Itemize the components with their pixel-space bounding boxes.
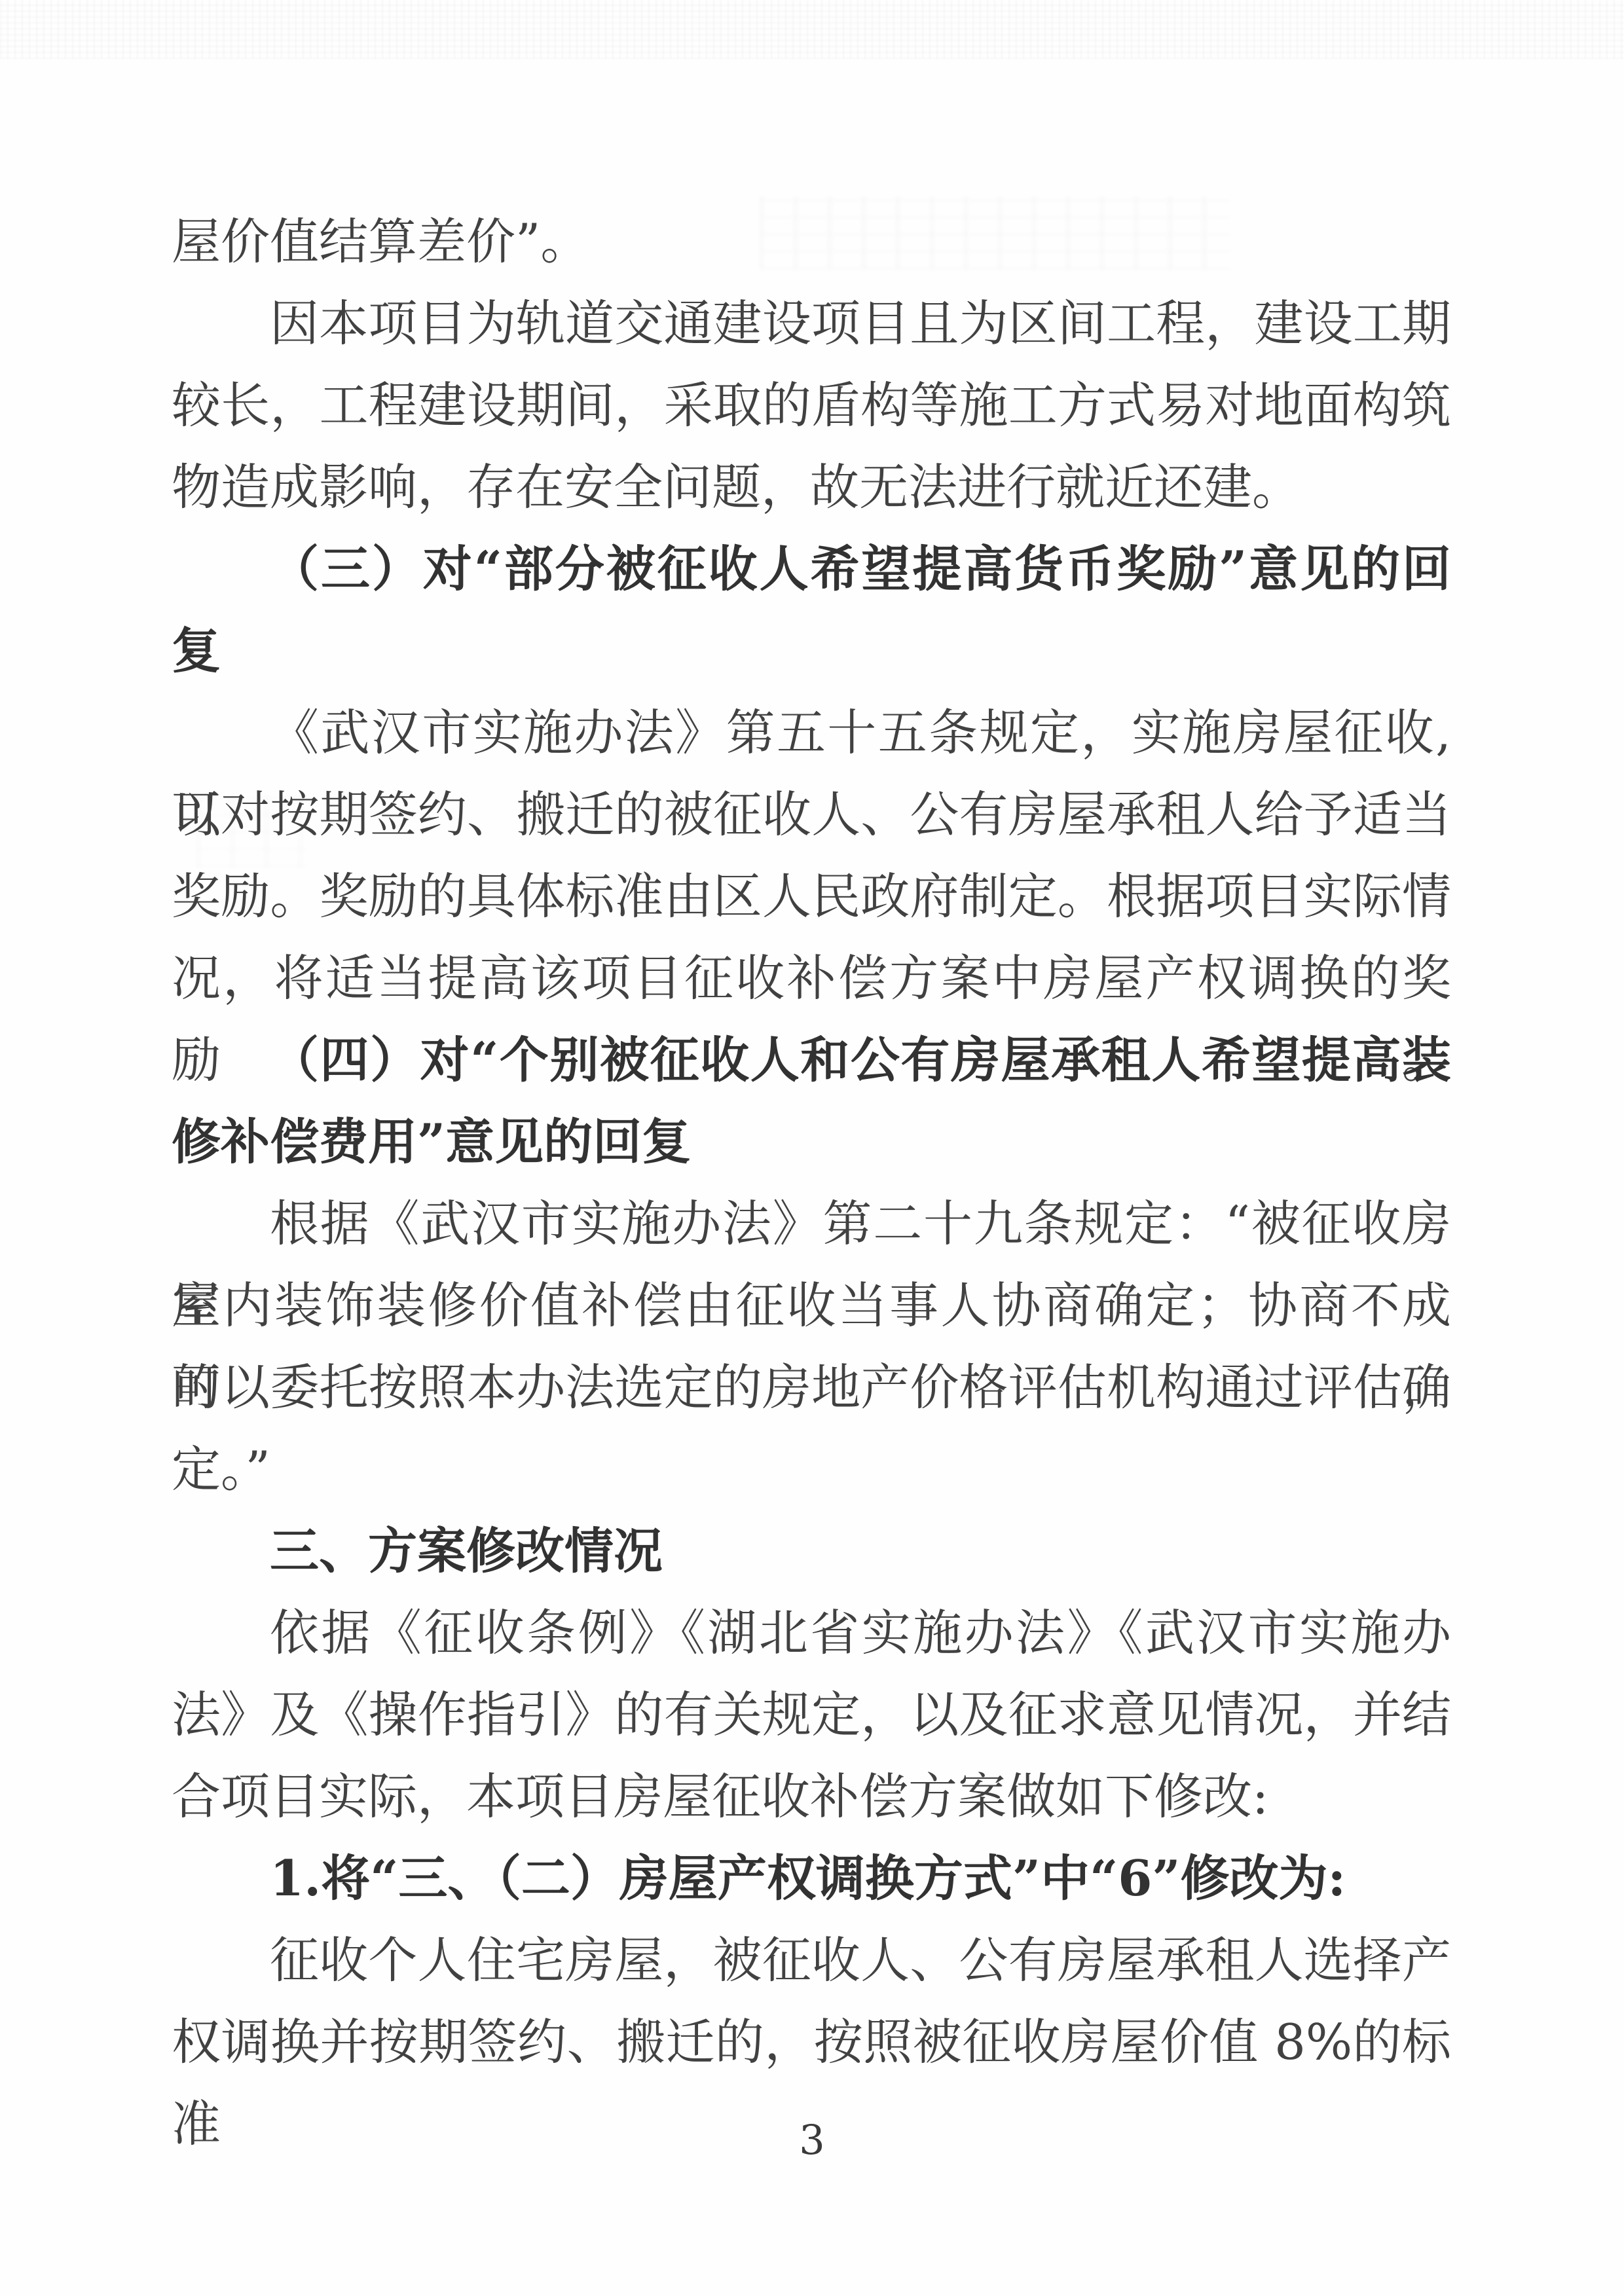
text-line: 依据《征收条例》《湖北省实施办法》《武汉市实施办 bbox=[172, 1592, 1451, 1674]
page-number: 3 bbox=[0, 2099, 1624, 2181]
text-line: 定。” bbox=[172, 1429, 1451, 1510]
text-line: 修补偿费用”意见的回复 bbox=[172, 1101, 1451, 1183]
text-line: 以对按期签约、搬迁的被征收人、公有房屋承租人给予适当 bbox=[172, 774, 1451, 856]
text-line: 可以委托按照本办法选定的房地产价格评估机构通过评估确 bbox=[172, 1347, 1451, 1429]
text-line: 室内装饰装修价值补偿由征收当事人协商确定；协商不成的， bbox=[172, 1265, 1451, 1347]
text-line: 合项目实际，本项目房屋征收补偿方案做如下修改: bbox=[172, 1756, 1451, 1838]
document-page: 屋价值结算差价”。因本项目为轨道交通建设项目且为区间工程，建设工期较长，工程建设… bbox=[0, 0, 1624, 2296]
text-line: （三）对“部分被征收人希望提高货币奖励”意见的回 bbox=[172, 528, 1451, 610]
text-line: 根据《武汉市实施办法》第二十九条规定：“被征收房屋 bbox=[172, 1183, 1451, 1265]
text-line: 征收个人住宅房屋，被征收人、公有房屋承租人选择产 bbox=[172, 1920, 1451, 2001]
scan-artifact bbox=[0, 0, 1624, 59]
document-body: 屋价值结算差价”。因本项目为轨道交通建设项目且为区间工程，建设工期较长，工程建设… bbox=[172, 201, 1451, 2083]
text-line: （四）对“个别被征收人和公有房屋承租人希望提高装 bbox=[172, 1019, 1451, 1101]
text-line: 三、方案修改情况 bbox=[172, 1510, 1451, 1592]
text-line: 权调换并按期签约、搬迁的，按照被征收房屋价值 8%的标准 bbox=[172, 2001, 1451, 2083]
text-line: 奖励。奖励的具体标准由区人民政府制定。根据项目实际情 bbox=[172, 856, 1451, 938]
text-line: 法》及《操作指引》的有关规定，以及征求意见情况，并结 bbox=[172, 1674, 1451, 1756]
text-line: 物造成影响，存在安全问题，故无法进行就近还建。 bbox=[172, 446, 1451, 528]
text-line: 1.将“三、（二）房屋产权调换方式”中“6”修改为: bbox=[172, 1838, 1451, 1920]
text-line: 因本项目为轨道交通建设项目且为区间工程，建设工期 bbox=[172, 283, 1451, 365]
text-line: 复 bbox=[172, 610, 1451, 692]
text-line: 较长，工程建设期间，采取的盾构等施工方式易对地面构筑 bbox=[172, 365, 1451, 446]
text-line: 屋价值结算差价”。 bbox=[172, 201, 1451, 283]
text-line: 《武汉市实施办法》第五十五条规定，实施房屋征收,可 bbox=[172, 692, 1451, 774]
text-line: 况，将适当提高该项目征收补偿方案中房屋产权调换的奖励。 bbox=[172, 938, 1451, 1019]
